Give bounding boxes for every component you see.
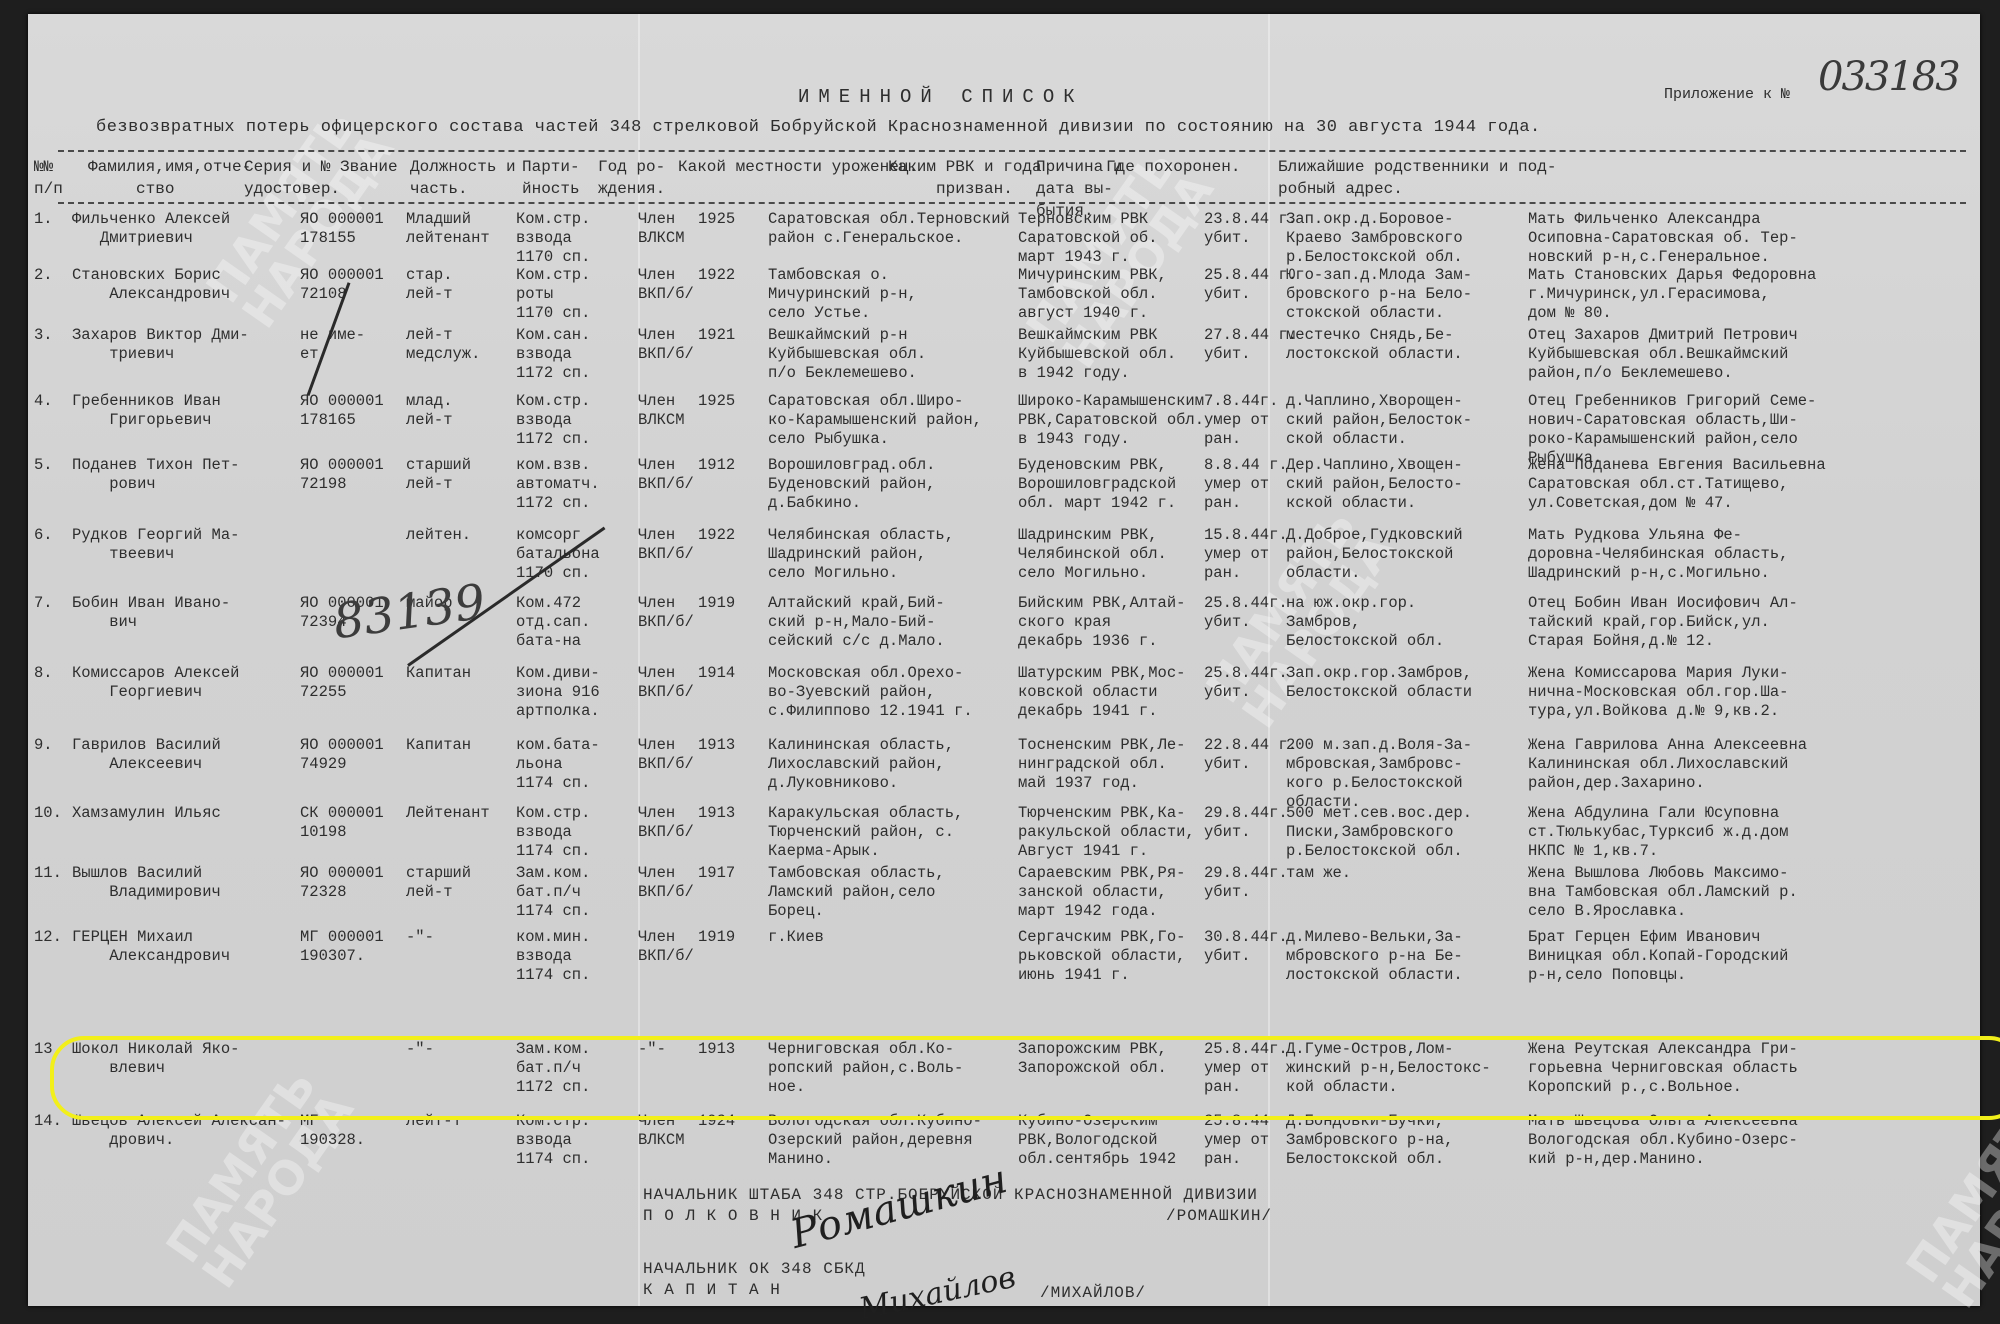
cell-party: Член ВКП/б/ <box>638 864 694 902</box>
cell-year: 1912 <box>698 456 735 475</box>
cell-name: Становских Борис Александрович <box>72 266 230 304</box>
cell-year: 1921 <box>698 326 735 345</box>
cell-relatives: Отец Захаров Дмитрий Петрович Куйбышевск… <box>1528 326 1798 383</box>
cell-rvk: Буденовским РВК, Ворошиловградской обл. … <box>1018 456 1176 513</box>
cell-n: 6. <box>34 526 53 545</box>
cell-rank: Капитан <box>406 664 471 683</box>
cell-post: комсорг батальона 1170 сп. <box>516 526 600 583</box>
cell-birthplace: Челябинская область, Шадринский район, с… <box>768 526 954 583</box>
cell-party: Член ВКП/б/ <box>638 804 694 842</box>
cell-cause: 23.8.44 г. убит. <box>1204 210 1297 248</box>
cell-relatives: Жена Комиссарова Мария Луки- нична-Моско… <box>1528 664 1788 721</box>
cell-cause: 25.8.44 умер от ран. <box>1204 1112 1269 1169</box>
cell-birthplace: Саратовская обл.Широ- ко-Карамышенский р… <box>768 392 982 449</box>
cell-rank: млад. лей-т <box>406 392 453 430</box>
cell-n: 1. <box>34 210 53 229</box>
cell-name: Хамзамулин Ильяс <box>72 804 221 823</box>
cell-birthplace: Вешкаймский р-н Куйбышевская обл. п/о Бе… <box>768 326 926 383</box>
cell-rank: старший лей-т <box>406 864 471 902</box>
cell-post: ком.мин. взвода 1174 сп. <box>516 928 590 985</box>
cell-name: Поданев Тихон Пет- рович <box>72 456 239 494</box>
cell-cause: 29.8.44г. убит. <box>1204 864 1288 902</box>
cell-post: ком.взв. автоматч. 1172 сп. <box>516 456 600 513</box>
cell-year: 1925 <box>698 392 735 411</box>
cell-year: 1925 <box>698 210 735 229</box>
cell-year: 1914 <box>698 664 735 683</box>
cell-post: ком.бата- льона 1174 сп. <box>516 736 600 793</box>
cell-cause: 30.8.44г. убит. <box>1204 928 1288 966</box>
cell-post: Ком.стр. взвода 1174 сп. <box>516 804 590 861</box>
column-header: №№ п/п <box>34 156 63 200</box>
column-header: Где похоронен. <box>1106 156 1240 178</box>
header-rule-top <box>58 150 1966 152</box>
handwritten-number: 83139 <box>330 574 489 651</box>
cell-rvk: Шадринским РВК, Челябинской обл. село Мо… <box>1018 526 1167 583</box>
appendix-label: Приложение к № <box>1664 86 1790 103</box>
cell-relatives: Отец Бобин Иван Иосифович Ал- тайский кр… <box>1528 594 1798 651</box>
cell-birthplace: Каракульская область, Тюрченский район, … <box>768 804 963 861</box>
cell-rank: лейтен. <box>406 526 471 545</box>
cell-relatives: Мать Становских Дарья Федоровна г.Мичури… <box>1528 266 1816 323</box>
cell-buried: Зап.окр.гор.Замбров, Белостокской област… <box>1286 664 1472 702</box>
cell-party: Член ВКП/б/ <box>638 928 694 966</box>
cell-cause: 27.8.44 г. убит. <box>1204 326 1297 364</box>
cell-n: 4. <box>34 392 53 411</box>
cell-birthplace: Тамбовская область, Ламский район,село Б… <box>768 864 945 921</box>
cell-birthplace: Саратовская обл.Терновский район с.Генер… <box>768 210 1010 248</box>
column-header: Год ро- ждения. <box>598 156 665 200</box>
cell-name: Вышлов Василий Владимирович <box>72 864 221 902</box>
cell-party: Член ВКП/б/ <box>638 526 694 564</box>
cell-year: 1917 <box>698 864 735 883</box>
document-title: ИМЕННОЙ СПИСОК <box>798 86 1084 108</box>
cell-rank: старший лей-т <box>406 456 471 494</box>
cell-n: 3. <box>34 326 53 345</box>
cell-relatives: Жена Абдулина Гали Юсуповна ст.Тюлькубас… <box>1528 804 1788 861</box>
cell-name: Комиссаров Алексей Георгиевич <box>72 664 239 702</box>
cell-buried: 200 м.зап.д.Воля-За- мбровская,Замбровс-… <box>1286 736 1472 812</box>
cell-name: Гребенников Иван Григорьевич <box>72 392 221 430</box>
cell-buried: там же. <box>1286 864 1351 883</box>
cell-cause: 25.8.44г. убит. <box>1204 664 1288 702</box>
cell-rank: лей-т медслуж. <box>406 326 480 364</box>
document-sheet: ПАМЯТЬ НАРОДА ПАМЯТЬ НАРОДА ПАМЯТЬ НАРОД… <box>28 14 1980 1306</box>
cell-year: 1922 <box>698 526 735 545</box>
column-header: Ближайшие родственники и под- робный адр… <box>1278 156 1556 200</box>
handwritten-signature-2: Михайлов <box>856 1260 1019 1324</box>
appendix-number: 033183 <box>1818 54 1959 100</box>
column-header: Серия и № Звание удостовер. <box>244 156 398 200</box>
cell-relatives: Жена Поданева Евгения Васильевна Саратов… <box>1528 456 1826 513</box>
cell-doc: ЯО 000001 178165 <box>300 392 384 430</box>
cell-cause: 25.8.44 г. убит. <box>1204 266 1297 304</box>
cell-doc: ЯО 000001 72198 <box>300 456 384 494</box>
cell-birthplace: г.Киев <box>768 928 824 947</box>
document-subtitle: безвозвратных потерь офицерского состава… <box>96 118 1541 137</box>
cell-post: Зам.ком. бат.п/ч 1174 сп. <box>516 864 590 921</box>
cell-buried: Д.Доброе,Гудковский район,Белостокской о… <box>1286 526 1463 583</box>
cell-rvk: Сергачским РВК,Го- рьковской области, ию… <box>1018 928 1185 985</box>
cell-name: Фильченко Алексей Дмитриевич <box>72 210 230 248</box>
column-header: Фамилия,имя,отче- ство <box>88 156 251 200</box>
cell-rvk: Сараевским РВК,Ря- занской области, март… <box>1018 864 1185 921</box>
signature-line-2: НАЧАЛЬНИК ОК 348 СБКД <box>643 1260 866 1278</box>
cell-birthplace: Тамбовская о. Мичуринский р-н, село Усть… <box>768 266 917 323</box>
cell-party: Член ВКП/б/ <box>638 326 694 364</box>
cell-year: 1913 <box>698 804 735 823</box>
cell-buried: Д.Бондовки-Бучки, Замбровского р-на, Бел… <box>1286 1112 1453 1169</box>
cell-n: 8. <box>34 664 53 683</box>
cell-party: Член ВКП/б/ <box>638 456 694 494</box>
signature-name-1: /РОМАШКИН/ <box>1166 1207 1272 1225</box>
header-rule-bottom <box>58 202 1966 204</box>
cell-n: 11. <box>34 864 62 883</box>
cell-name: Рудков Георгий Ма- твеевич <box>72 526 239 564</box>
cell-relatives: Брат Герцен Ефим Иванович Виницкая обл.К… <box>1528 928 1788 985</box>
cell-rank: стар. лей-т <box>406 266 453 304</box>
cell-rvk: Широко-Карамышенским РВК,Саратовской обл… <box>1018 392 1204 449</box>
cell-post: Ком.стр. роты 1170 сп. <box>516 266 590 323</box>
signature-name-2: /МИХАЙЛОВ/ <box>1040 1284 1146 1302</box>
cell-n: 10. <box>34 804 62 823</box>
cell-cause: 15.8.44г. умер от ран. <box>1204 526 1288 583</box>
cell-party: Член ВКП/б/ <box>638 266 694 304</box>
cell-post: Ком.стр. взвода 1172 сп. <box>516 392 590 449</box>
highlighted-row-marker <box>50 1036 2000 1120</box>
cell-buried: 500 мет.сев.вос.дер. Писки,Замбровского … <box>1286 804 1472 861</box>
cell-n: 5. <box>34 456 53 475</box>
cell-rank: Младший лейтенант <box>406 210 490 248</box>
cell-rvk: Вешкаймским РВК Куйбышевской обл. в 1942… <box>1018 326 1176 383</box>
cell-doc: ЯО 000001 72328 <box>300 864 384 902</box>
column-header: Должность и часть. <box>410 156 516 200</box>
cell-year: 1919 <box>698 594 735 613</box>
cell-rvk: Мичуринским РВК, Тамбовской обл. август … <box>1018 266 1167 323</box>
cell-post: Ком.стр. взвода 1174 сп. <box>516 1112 590 1169</box>
cell-name: Бобин Иван Ивано- вич <box>72 594 230 632</box>
cell-name: Гаврилов Василий Алексеевич <box>72 736 221 774</box>
cell-doc: ЯО 000001 74929 <box>300 736 384 774</box>
cell-rank: Капитан <box>406 736 471 755</box>
cell-rvk: Тосненским РВК,Ле- нинградской обл. май … <box>1018 736 1185 793</box>
column-header: Парти- йность <box>522 156 580 200</box>
cell-name: Захаров Виктор Дми- триевич <box>72 326 249 364</box>
cell-year: 1913 <box>698 736 735 755</box>
cell-cause: 29.8.44г. убит. <box>1204 804 1288 842</box>
cell-n: 7. <box>34 594 53 613</box>
cell-cause: 7.8.44г. умер от ран. <box>1204 392 1278 449</box>
cell-post: Ком.472 отд.сап. бата-на <box>516 594 590 651</box>
cell-rvk: Терновским РВК Саратовской об. март 1943… <box>1018 210 1158 267</box>
cell-n: 2. <box>34 266 53 285</box>
cell-buried: Юго-зап.д.Млода Зам- бровского р-на Бело… <box>1286 266 1472 323</box>
cell-rvk: Шатурским РВК,Мос- ковской области декаб… <box>1018 664 1185 721</box>
cell-cause: 8.8.44 г. умер от ран. <box>1204 456 1288 513</box>
cell-doc: МГ 000001 190307. <box>300 928 384 966</box>
cell-party: Член ВКП/б/ <box>638 664 694 702</box>
cell-rank: -"- <box>406 928 434 947</box>
cell-birthplace: Московская обл.Орехо- во-Зуевский район,… <box>768 664 973 721</box>
cell-name: ГЕРЦЕН Михаил Александрович <box>72 928 230 966</box>
cell-relatives: Мать Фильченко Александра Осиповна-Сарат… <box>1528 210 1798 267</box>
cell-party: Член ВЛКСМ <box>638 392 685 430</box>
cell-rvk: Бийским РВК,Алтай- ского края декабрь 19… <box>1018 594 1185 651</box>
cell-buried: местечко Снядь,Бе- лостокской области. <box>1286 326 1463 364</box>
cell-buried: Зап.окр.д.Боровое- Краево Замбровского р… <box>1286 210 1463 267</box>
cell-relatives: Жена Вышлова Любовь Максимо- вна Тамбовс… <box>1528 864 1798 921</box>
cell-rvk: Кубино-Озерским РВК,Вологодской обл.сент… <box>1018 1112 1176 1169</box>
cell-buried: д.Милево-Вельки,За- мбровского р-на Бе- … <box>1286 928 1463 985</box>
cell-post: Ком.диви- зиона 916 артполка. <box>516 664 600 721</box>
column-header: Какой местности уроженец. <box>678 156 918 178</box>
cell-buried: Дер.Чаплино,Хвощен- ский район,Белосто- … <box>1286 456 1463 513</box>
cell-buried: д.Чаплино,Хворощен- ский район,Белосток-… <box>1286 392 1472 449</box>
cell-n: 12. <box>34 928 62 947</box>
cell-doc: СК 000001 10198 <box>300 804 384 842</box>
cell-doc: ЯО 000001 72255 <box>300 664 384 702</box>
cell-cause: 22.8.44 г. убит. <box>1204 736 1297 774</box>
cell-relatives: Жена Гаврилова Анна Алексеевна Калининск… <box>1528 736 1807 793</box>
cell-party: Член ВЛКСМ <box>638 210 685 248</box>
column-header: Каким РВК и года призван. <box>888 156 1042 200</box>
handwritten-signature-1: Ромашкин <box>786 1156 1012 1258</box>
cell-party: Член ВКП/б/ <box>638 736 694 774</box>
cell-cause: 25.8.44г. убит. <box>1204 594 1288 632</box>
cell-rvk: Тюрченским РВК,Ка- ракульской области, А… <box>1018 804 1195 861</box>
cell-year: 1922 <box>698 266 735 285</box>
cell-n: 9. <box>34 736 53 755</box>
cell-year: 1919 <box>698 928 735 947</box>
cell-relatives: Мать Швецова Ольга Алексеевна Вологодска… <box>1528 1112 1798 1169</box>
cell-party: Член ВКП/б/ <box>638 594 694 632</box>
cell-buried: на юж.окр.гор. Замбров, Белостокской обл… <box>1286 594 1444 651</box>
cell-doc: ЯО 000001 178155 <box>300 210 384 248</box>
cell-relatives: Мать Рудкова Ульяна Фе- доровна-Челябинс… <box>1528 526 1788 583</box>
cell-post: Ком.стр. взвода 1170 сп. <box>516 210 590 267</box>
cell-n: 14. <box>34 1112 62 1131</box>
cell-rank: Лейтенант <box>406 804 490 823</box>
signature-rank-2: К А П И Т А Н <box>643 1281 781 1299</box>
cell-birthplace: Ворошиловград.обл. Буденовский район, д.… <box>768 456 935 513</box>
cell-birthplace: Алтайский край,Бий- ский р-н,Мало-Бий- с… <box>768 594 945 651</box>
cell-post: Ком.сан. взвода 1172 сп. <box>516 326 590 383</box>
cell-birthplace: Вологодская обл.Кубино- Озерский район,д… <box>768 1112 982 1169</box>
cell-birthplace: Калининская область, Лихославский район,… <box>768 736 954 793</box>
